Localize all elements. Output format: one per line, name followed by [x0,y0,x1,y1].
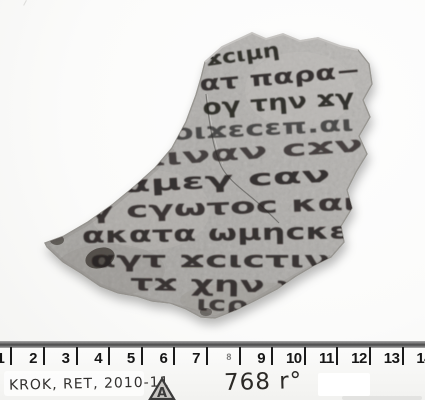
ruler-number: 5 [119,350,143,367]
inventory-number-label: 768 r° [224,368,303,396]
collection-label: KROK, RET, 2010-11 [9,374,170,393]
ruler-number: 8 [217,352,241,362]
ruler-tick [108,347,110,365]
ruler-number: 7 [184,350,208,367]
ostracon-sherd: ϫϲιμη ατ παρα− ογ την ϫγ οιϫεϲεπ.αι ϊϫιν… [40,28,380,328]
ruler-tick [76,347,78,365]
ostracon-image: ϫϲιμη ατ παρα− ογ την ϫγ οιϫεϲεπ.αι ϊϫιν… [0,0,425,345]
inscription-line: ιϲρρ [196,291,271,318]
ruler-tick [369,347,371,365]
ruler-number: 14 [412,350,425,367]
scale-marker-a: A [147,377,177,400]
inscription-line: ακατα ωμηϲκε [82,219,348,249]
ruler-number: 10 [282,350,306,367]
ruler-number: 12 [347,350,371,367]
ruler-number: 3 [54,350,78,367]
ruler-tick [304,347,306,365]
ruler-number: 11 [314,350,338,367]
ruler-tick [43,347,45,365]
ruler-tick [239,347,241,365]
photo-stage: ϫϲιμη ατ παρα− ογ την ϫγ οιϫεϲεπ.αι ϊϫιν… [0,0,425,400]
scale-marker-letter: A [157,386,167,400]
inscription-line: αγτ ϫϲιϲτιν [90,248,330,273]
ruler-number: 4 [86,350,110,367]
ruler-number: 6 [151,350,175,367]
ruler-tick [402,347,404,365]
ruler-tick [141,347,143,365]
ruler-tick [336,347,338,365]
ruler-tick [10,347,12,365]
ruler-edge-strip [0,341,425,348]
ruler-number: 13 [380,350,404,367]
ruler-tick [173,347,175,365]
shadow-smudge [342,396,422,400]
ruler-tick [206,347,208,365]
whiteout-patch [318,373,370,396]
ruler-tick [271,347,273,365]
ruler-number: 2 [21,350,45,367]
ruler-number: 9 [249,350,273,367]
